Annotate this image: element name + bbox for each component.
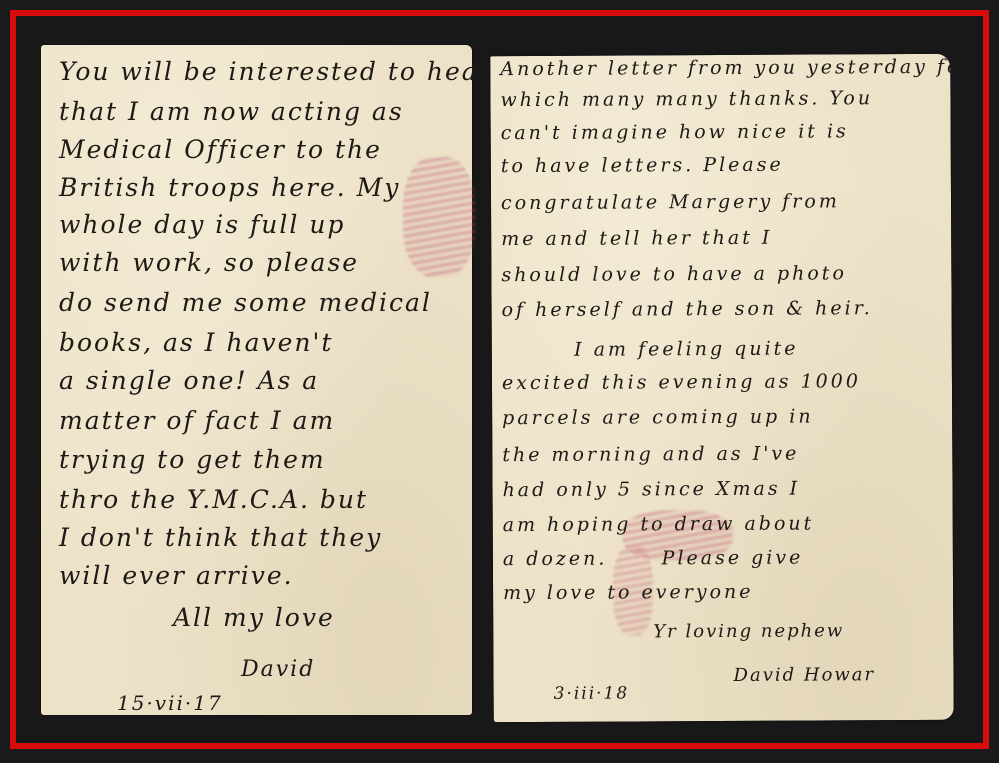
letter-line: which many many thanks. You (500, 87, 873, 111)
letter-line: trying to get them (59, 445, 326, 474)
right-postcard: Another letter from you yesterday for wh… (490, 54, 953, 722)
letter-line: am hoping to draw about (503, 513, 815, 537)
letter-line: whole day is full up (59, 210, 345, 239)
letter-line: thro the Y.M.C.A. but (59, 485, 368, 514)
letter-line: books, as I haven't (59, 328, 333, 357)
letter-closing: Yr loving nephew (653, 620, 844, 642)
letter-line: a dozen. Please give (503, 547, 804, 571)
left-postcard: You will be interested to hear that I am… (41, 45, 472, 715)
letter-line: with work, so please (59, 248, 359, 277)
letter-line: my love to everyone (503, 581, 754, 604)
letter-line: that I am now acting as (59, 97, 404, 126)
letter-line: British troops here. My (59, 173, 400, 202)
letter-line: to have letters. Please (501, 154, 784, 177)
letter-line: should love to have a photo (501, 262, 847, 286)
letter-line: a single one! As a (59, 366, 319, 395)
pink-ink-stain (403, 157, 475, 277)
letter-closing: All my love (173, 603, 335, 632)
letter-line: had only 5 since Xmas I (502, 478, 800, 502)
letter-line: I don't think that they (59, 523, 382, 552)
letter-date: 15·vii·17 (117, 691, 223, 715)
letter-date: 3·iii·18 (554, 683, 630, 703)
letter-line: me and tell her that I (501, 227, 772, 250)
letter-line: do send me some medical (59, 288, 432, 317)
signature: David Howar (733, 664, 875, 686)
signature: David (241, 657, 315, 682)
letter-line: will ever arrive. (59, 561, 294, 590)
letter-line: I am feeling quite (502, 338, 799, 362)
letter-line: of herself and the son & heir. (502, 297, 873, 321)
letter-line: excited this evening as 1000 (502, 370, 861, 394)
letter-line: Another letter from you yesterday for (500, 56, 973, 80)
letter-line: You will be interested to hear (59, 57, 493, 86)
letter-line: matter of fact I am (59, 406, 335, 435)
letter-line: the morning and as I've (502, 443, 799, 467)
letter-line: parcels are coming up in (502, 406, 814, 430)
letter-line: congratulate Margery from (501, 190, 840, 214)
letter-line: Medical Officer to the (59, 135, 382, 164)
letter-line: can't imagine how nice it is (501, 120, 849, 144)
